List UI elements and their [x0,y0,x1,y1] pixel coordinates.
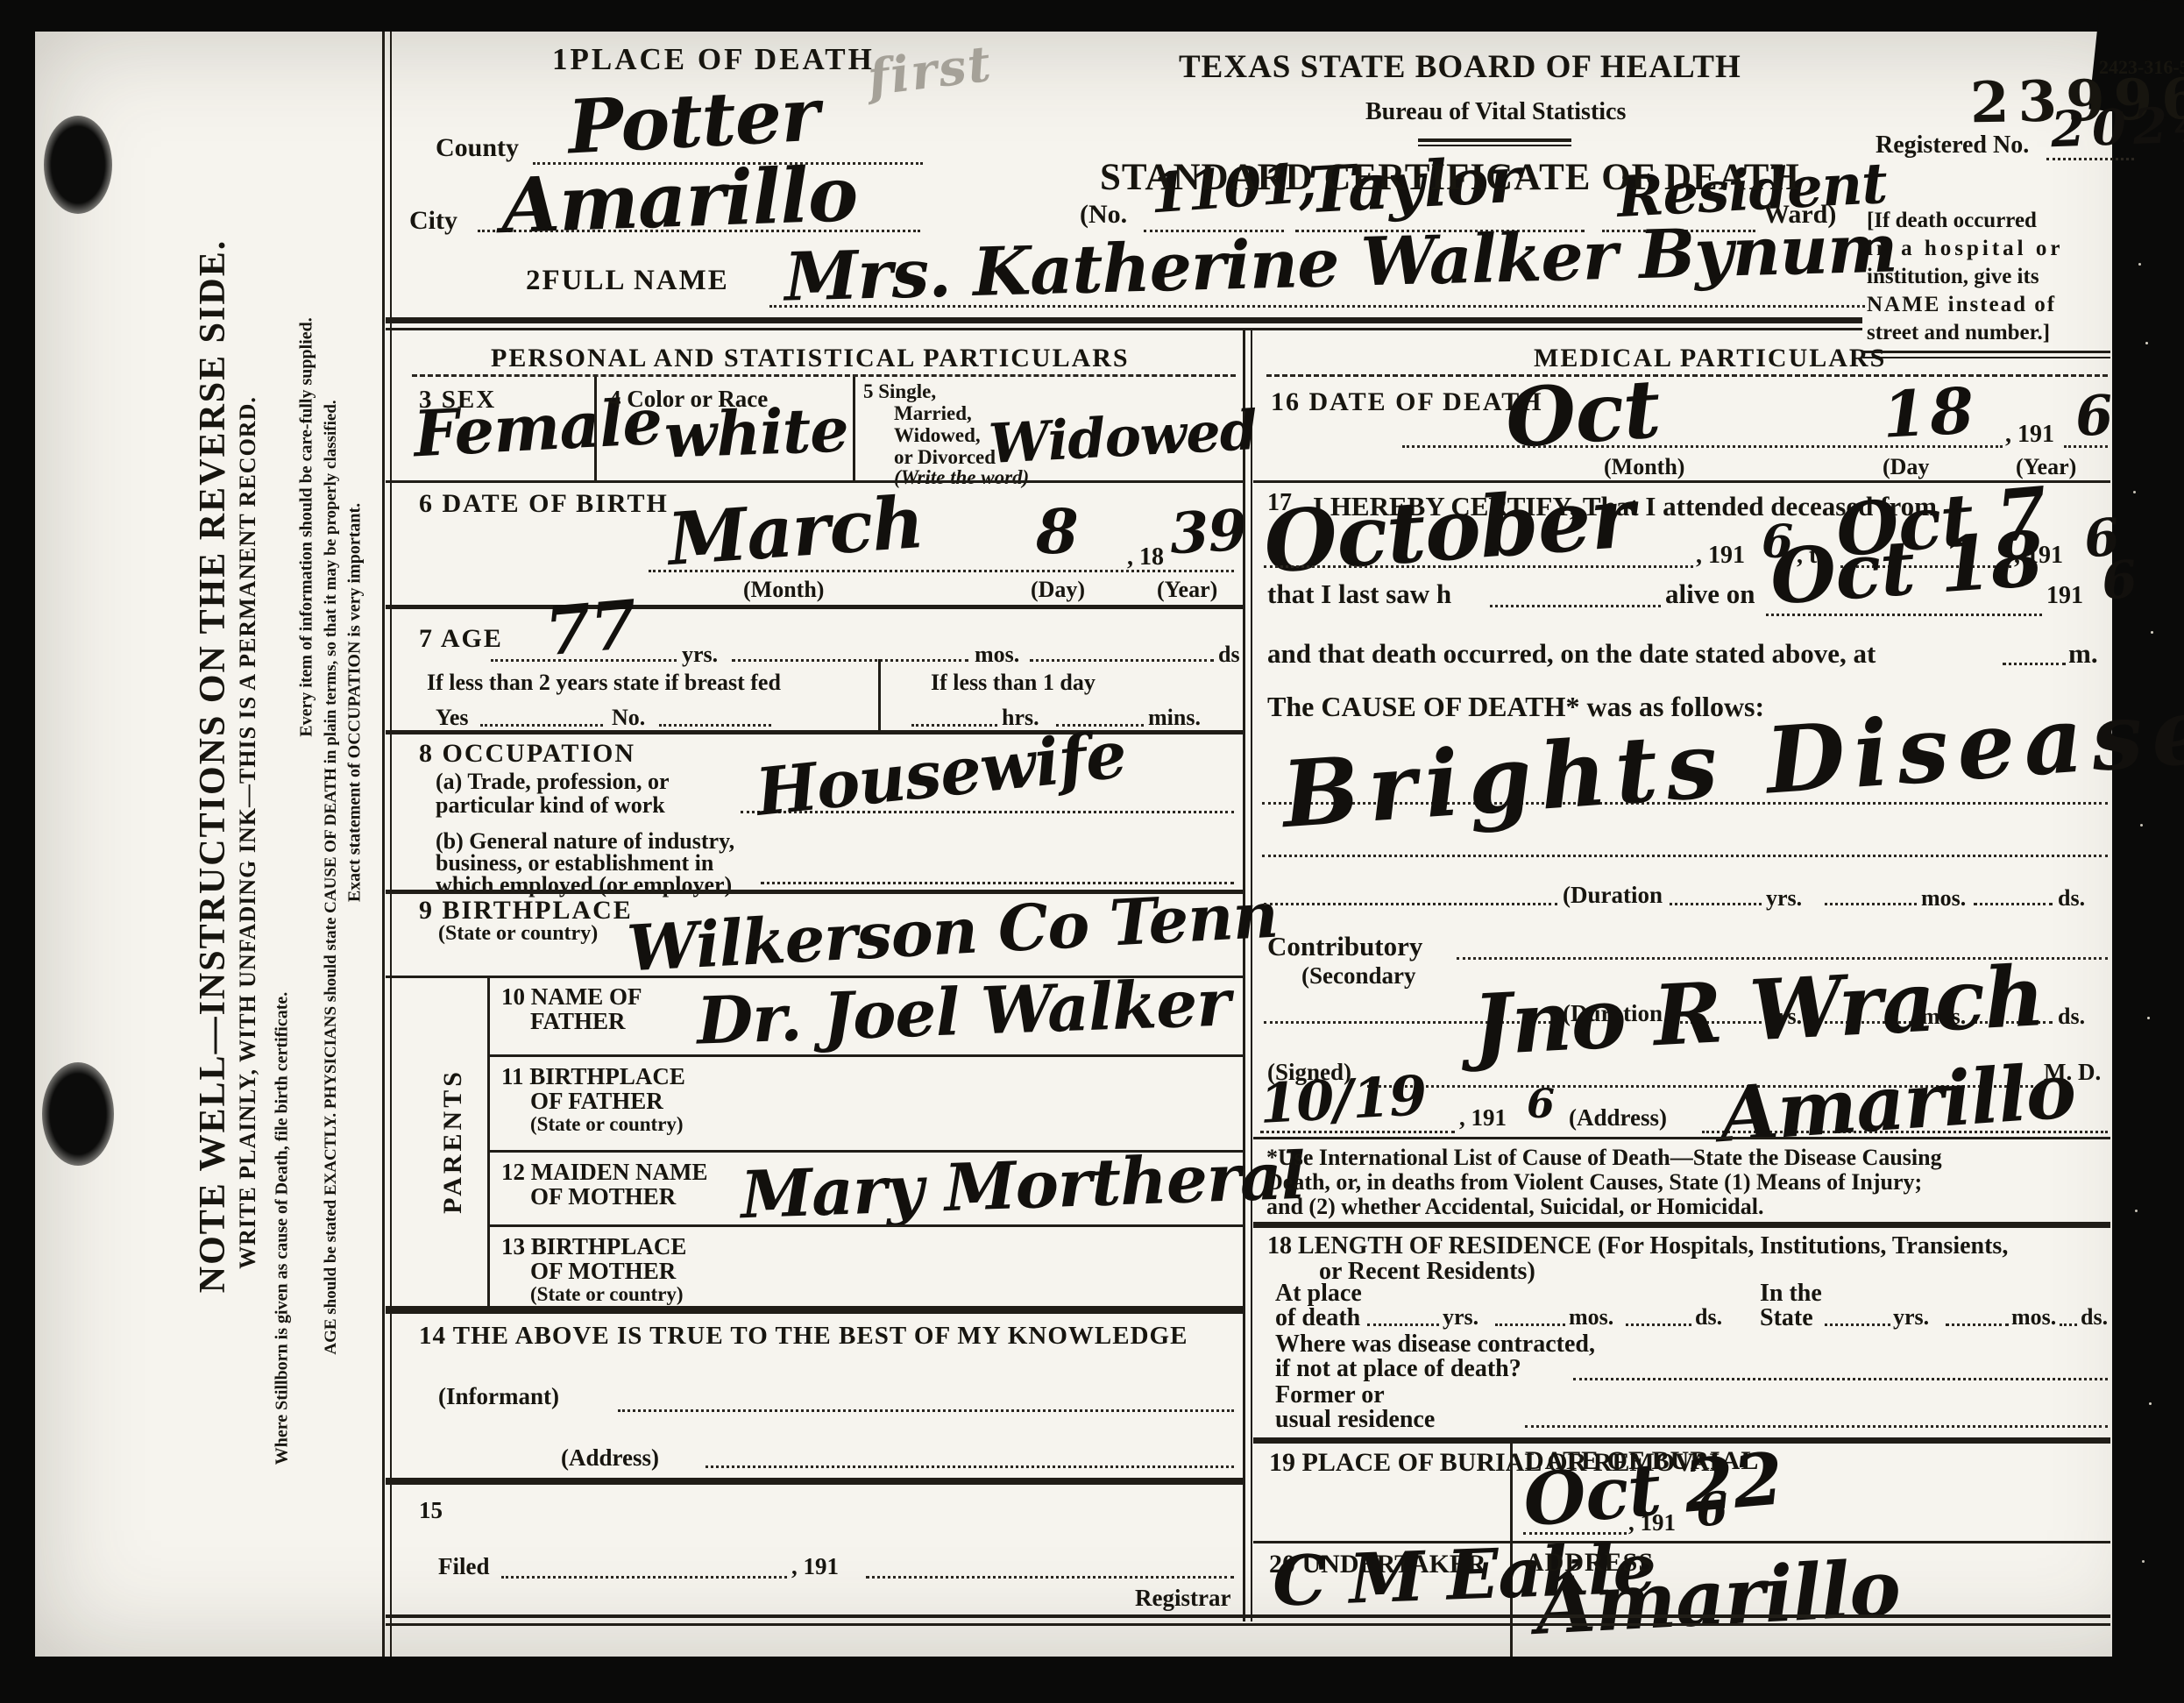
age-years-value: 77 [542,585,639,671]
informant-label: (Informant) [438,1383,559,1410]
occupation-a-line1: (a) Trade, profession, or [436,769,670,795]
age-yrs-label: yrs. [682,642,718,668]
bureau-rule-1 [1418,138,1571,142]
yes-dotted [480,724,603,727]
dod-day-value: 18 [1881,373,1980,452]
signed-year-preprint: , 191 [1459,1104,1507,1132]
margin-supply-note: Every item of information should be care… [297,282,317,773]
margin-stillborn-note: Where Stillborn is given as cause of Dea… [273,812,293,1645]
father-row-line [487,1054,1243,1057]
bureau-rule-2 [1418,145,1571,146]
age-ds-label: ds [1218,642,1240,668]
less-than-day-note: If less than 1 day [931,670,1096,696]
cause-dotted-2 [1262,855,2108,857]
dod-day-label: (Day [1883,454,1929,480]
in-state-yrs-label: yrs. [1893,1304,1929,1330]
father-bp-label-1: 11 BIRTHPLACE [501,1063,685,1090]
mother-bp-note: (State or country) [530,1283,684,1306]
contributory-label: Contributory [1267,931,1422,962]
parents-label: PARENTS [438,1054,468,1229]
age-label: 7 AGE [419,624,503,654]
city-label: City [409,206,457,236]
secondary-label: (Secondary [1301,962,1416,990]
form-bottom-line-2 [386,1623,2110,1626]
registered-no-value: 2024 [2050,96,2184,160]
breastfed-note: If less than 2 years state if breast fed [427,670,781,696]
attended-from-year-preprint: , 191 [1696,542,1745,570]
residence-label-1: 18 LENGTH OF RESIDENCE (For Hospitals, I… [1267,1232,2008,1260]
undertaker-address-value: Amarillo [1534,1542,1903,1652]
father-name-label-1: 10 NAME OF [501,983,642,1011]
occupation-label: 8 OCCUPATION [419,739,635,769]
informant-address-label: (Address) [561,1444,659,1472]
form-left-rule-outer [382,32,385,1657]
column-divider-2 [1251,328,1252,1621]
header-heavy-rule [386,317,1862,323]
margin-occupation-note: Exact statement of OCCUPATION is very im… [345,484,365,922]
birthplace-label: 9 BIRTHPLACE [419,896,633,926]
age-divider [878,659,881,730]
marital-label-2: Married, [894,402,972,425]
scanned-death-certificate: NOTE WELL—INSTRUCTIONS ON THE REVERSE SI… [0,0,2184,1703]
duration1-label: (Duration [1563,882,1663,909]
former-dotted [1525,1425,2108,1428]
marital-label-1: 5 Single, [863,380,936,403]
signed-bottom-line [1253,1137,2110,1139]
age-yrs-dotted [491,659,677,662]
street-no-label: (No. [1080,200,1127,230]
dod-year-preprint: , 191 [2005,421,2054,449]
filed-year-preprint: , 191 [791,1553,839,1580]
residence-bottom-rule [1253,1437,2110,1444]
last-saw-suffix: alive on [1665,578,1755,610]
dob-year-preprint: , 18 [1127,543,1164,571]
certificate-title: STANDARD CERTIFICATE OF DEATH [1100,156,1800,199]
former-label-2: usual residence [1275,1406,1435,1434]
yes-label: Yes [436,705,469,731]
age-mos-label: mos. [975,642,1019,668]
margin-write-plainly: WRITE PLAINLY, WITH UNFADING INK—THIS IS… [235,149,261,1516]
last-saw-prefix: that I last saw h [1267,578,1451,610]
filed-dotted-1 [501,1576,787,1579]
duration1-lead-dotted [1264,903,1557,905]
filed-label: Filed [438,1553,490,1580]
last-saw-year-preprint: 191 [2046,582,2083,610]
last-saw-year-value: 6 [2099,549,2139,612]
dob-day-value: 8 [1036,495,1078,568]
at-place-ds-dotted [1626,1323,1691,1326]
informant-address-dotted [706,1465,1234,1468]
at-place-yrs-label: yrs. [1443,1304,1478,1330]
race-value: white [663,393,849,472]
footnote-line2: Death, or, in deaths from Violent Causes… [1266,1169,1922,1196]
row1-bottom-line [386,480,1243,483]
in-state-yrs-dotted [1825,1323,1890,1326]
duration1-yrs-label: yrs. [1766,885,1802,912]
no-label: No. [612,705,645,731]
dob-month-label: (Month) [743,577,824,603]
scan-edge-right [2112,105,2184,1703]
at-place-mos-dotted [1495,1323,1565,1326]
duration1-ds-dotted [1974,903,2053,905]
death-occurred-m-label: m. [2068,638,2098,670]
dod-label: 16 DATE OF DEATH [1271,387,1543,417]
father-name-label-2: FATHER [530,1008,626,1035]
in-state-ds-dotted [2060,1323,2077,1326]
signed-date-dotted [1260,1131,1455,1133]
county-label: County [436,133,519,163]
dob-dotted-line [649,570,1234,572]
registrar-label: Registrar [1135,1585,1230,1612]
no-dotted [659,724,771,727]
mother-row-line [487,1224,1243,1227]
margin-note-well: NOTE WELL—INSTRUCTIONS ON THE REVERSE SI… [192,109,234,1423]
last-saw-value: Oct 18 [1768,514,2046,621]
hrs-dotted [911,724,997,727]
duration1-mos-dotted [1825,903,1917,905]
signed-date-value: 10/19 [1258,1063,1428,1136]
in-state-mos-dotted [1946,1323,2009,1326]
dob-year-label: (Year) [1157,577,1217,603]
father-bp-note: (State or country) [530,1113,684,1136]
last-saw-dotted [1766,614,2042,616]
mother-name-label-1: 12 MAIDEN NAME [501,1159,708,1186]
dod-year-value: 6 [2074,383,2115,450]
marital-label-3: Widowed, [894,424,981,447]
contracted-label-2: if not at place of death? [1275,1355,1521,1383]
header-heavy-rule-2 [386,328,1862,330]
death-occurred-dotted [2003,663,2066,665]
footnote-bottom-rule [1253,1222,2110,1228]
signed-address-label: (Address) [1569,1104,1667,1132]
occupation-b-line3: which employed (or employer) [436,872,732,898]
hospital-note-underline-1 [1863,351,2110,353]
parents-bottom-rule [386,1306,1243,1314]
filed-dotted-2 [866,1576,1234,1579]
dob-bottom-rule [386,605,1243,609]
margin-age-note: AGE should be stated EXACTLY. PHYSICIANS… [322,373,341,1381]
duration1-ds-label: ds. [2058,885,2085,912]
hospital-note-underline-2 [1863,357,2110,358]
personal-section-title: PERSONAL AND STATISTICAL PARTICULARS [491,344,1130,373]
in-state-label-2: State [1760,1304,1813,1332]
hospital-note-line4: NAME instead of [1867,293,2056,317]
duration1-mos-label: mos. [1921,885,1966,912]
attestation-bottom-rule [386,1478,1243,1485]
dod-month-value: Oct [1502,361,1663,466]
mins-label: mins. [1148,705,1201,731]
form-bottom-line-1 [386,1614,2110,1618]
age-mos-dotted [732,659,968,662]
dob-label: 6 DATE OF BIRTH [419,489,669,519]
contracted-dotted [1573,1378,2108,1380]
death-occurred-text: and that death occurred, on the date sta… [1267,638,1876,670]
informant-dotted [618,1409,1234,1412]
duration2-ds-label: ds. [2058,1004,2085,1030]
footnote-line3: and (2) whether Accidental, Suicidal, or… [1266,1194,1763,1220]
race-marital-divider [853,377,855,480]
medical-title-rule [1266,374,2108,377]
dob-month-value: March [665,480,926,582]
city-value: Amarillo [500,150,858,251]
form-left-rule-inner [390,32,392,1657]
attended-from-dotted [1264,565,1693,568]
bureau-name: Bureau of Vital Statistics [1365,98,1626,126]
at-place-ds-label: ds. [1695,1304,1722,1330]
sex-race-divider [594,377,597,480]
at-place-label-2: of death [1275,1304,1360,1332]
scan-speckles [2138,263,2141,266]
filing-number: 15 [419,1497,443,1524]
punch-hole-bottom [42,1062,114,1166]
father-bp-label-2: OF FATHER [530,1088,663,1115]
burial-year-value: 6 [1693,1482,1728,1538]
parents-divider [487,976,490,1308]
hospital-note-line5: street and number.] [1867,321,2050,345]
personal-title-rule [412,374,1236,377]
mother-bp-label-2: OF MOTHER [530,1258,676,1285]
in-state-mos-label: mos. [2011,1304,2056,1330]
last-saw-blank-dotted [1490,605,1661,607]
dob-year-value: 39 [1168,498,1248,567]
full-name-label: 2FULL NAME [526,265,729,297]
place-of-death-heading: 1PLACE OF DEATH [552,42,875,77]
mother-bp-label-1: 13 BIRTHPLACE [501,1233,686,1260]
in-state-ds-label: ds. [2081,1304,2108,1330]
registered-no-label: Registered No. [1876,131,2029,160]
duration1-yrs-dotted [1670,903,1762,905]
attestation-label: 14 THE ABOVE IS TRUE TO THE BEST OF MY K… [419,1322,1188,1351]
footnote-line1: *Use International List of Cause of Deat… [1266,1145,1942,1171]
at-place-yrs-dotted [1367,1323,1439,1326]
age-ds-dotted [1030,659,1214,662]
mother-name-label-2: OF MOTHER [530,1183,676,1210]
dob-day-label: (Day) [1031,577,1085,603]
occupation-a-line2: particular kind of work [436,792,665,819]
board-name: TEXAS STATE BOARD OF HEALTH [1179,48,1741,86]
birthplace-note: (State or country) [438,922,598,946]
signed-year-value: 6 [1527,1080,1554,1127]
dod-year-dotted [2064,445,2108,448]
punch-hole-top [44,116,112,214]
at-place-mos-label: mos. [1569,1304,1613,1330]
